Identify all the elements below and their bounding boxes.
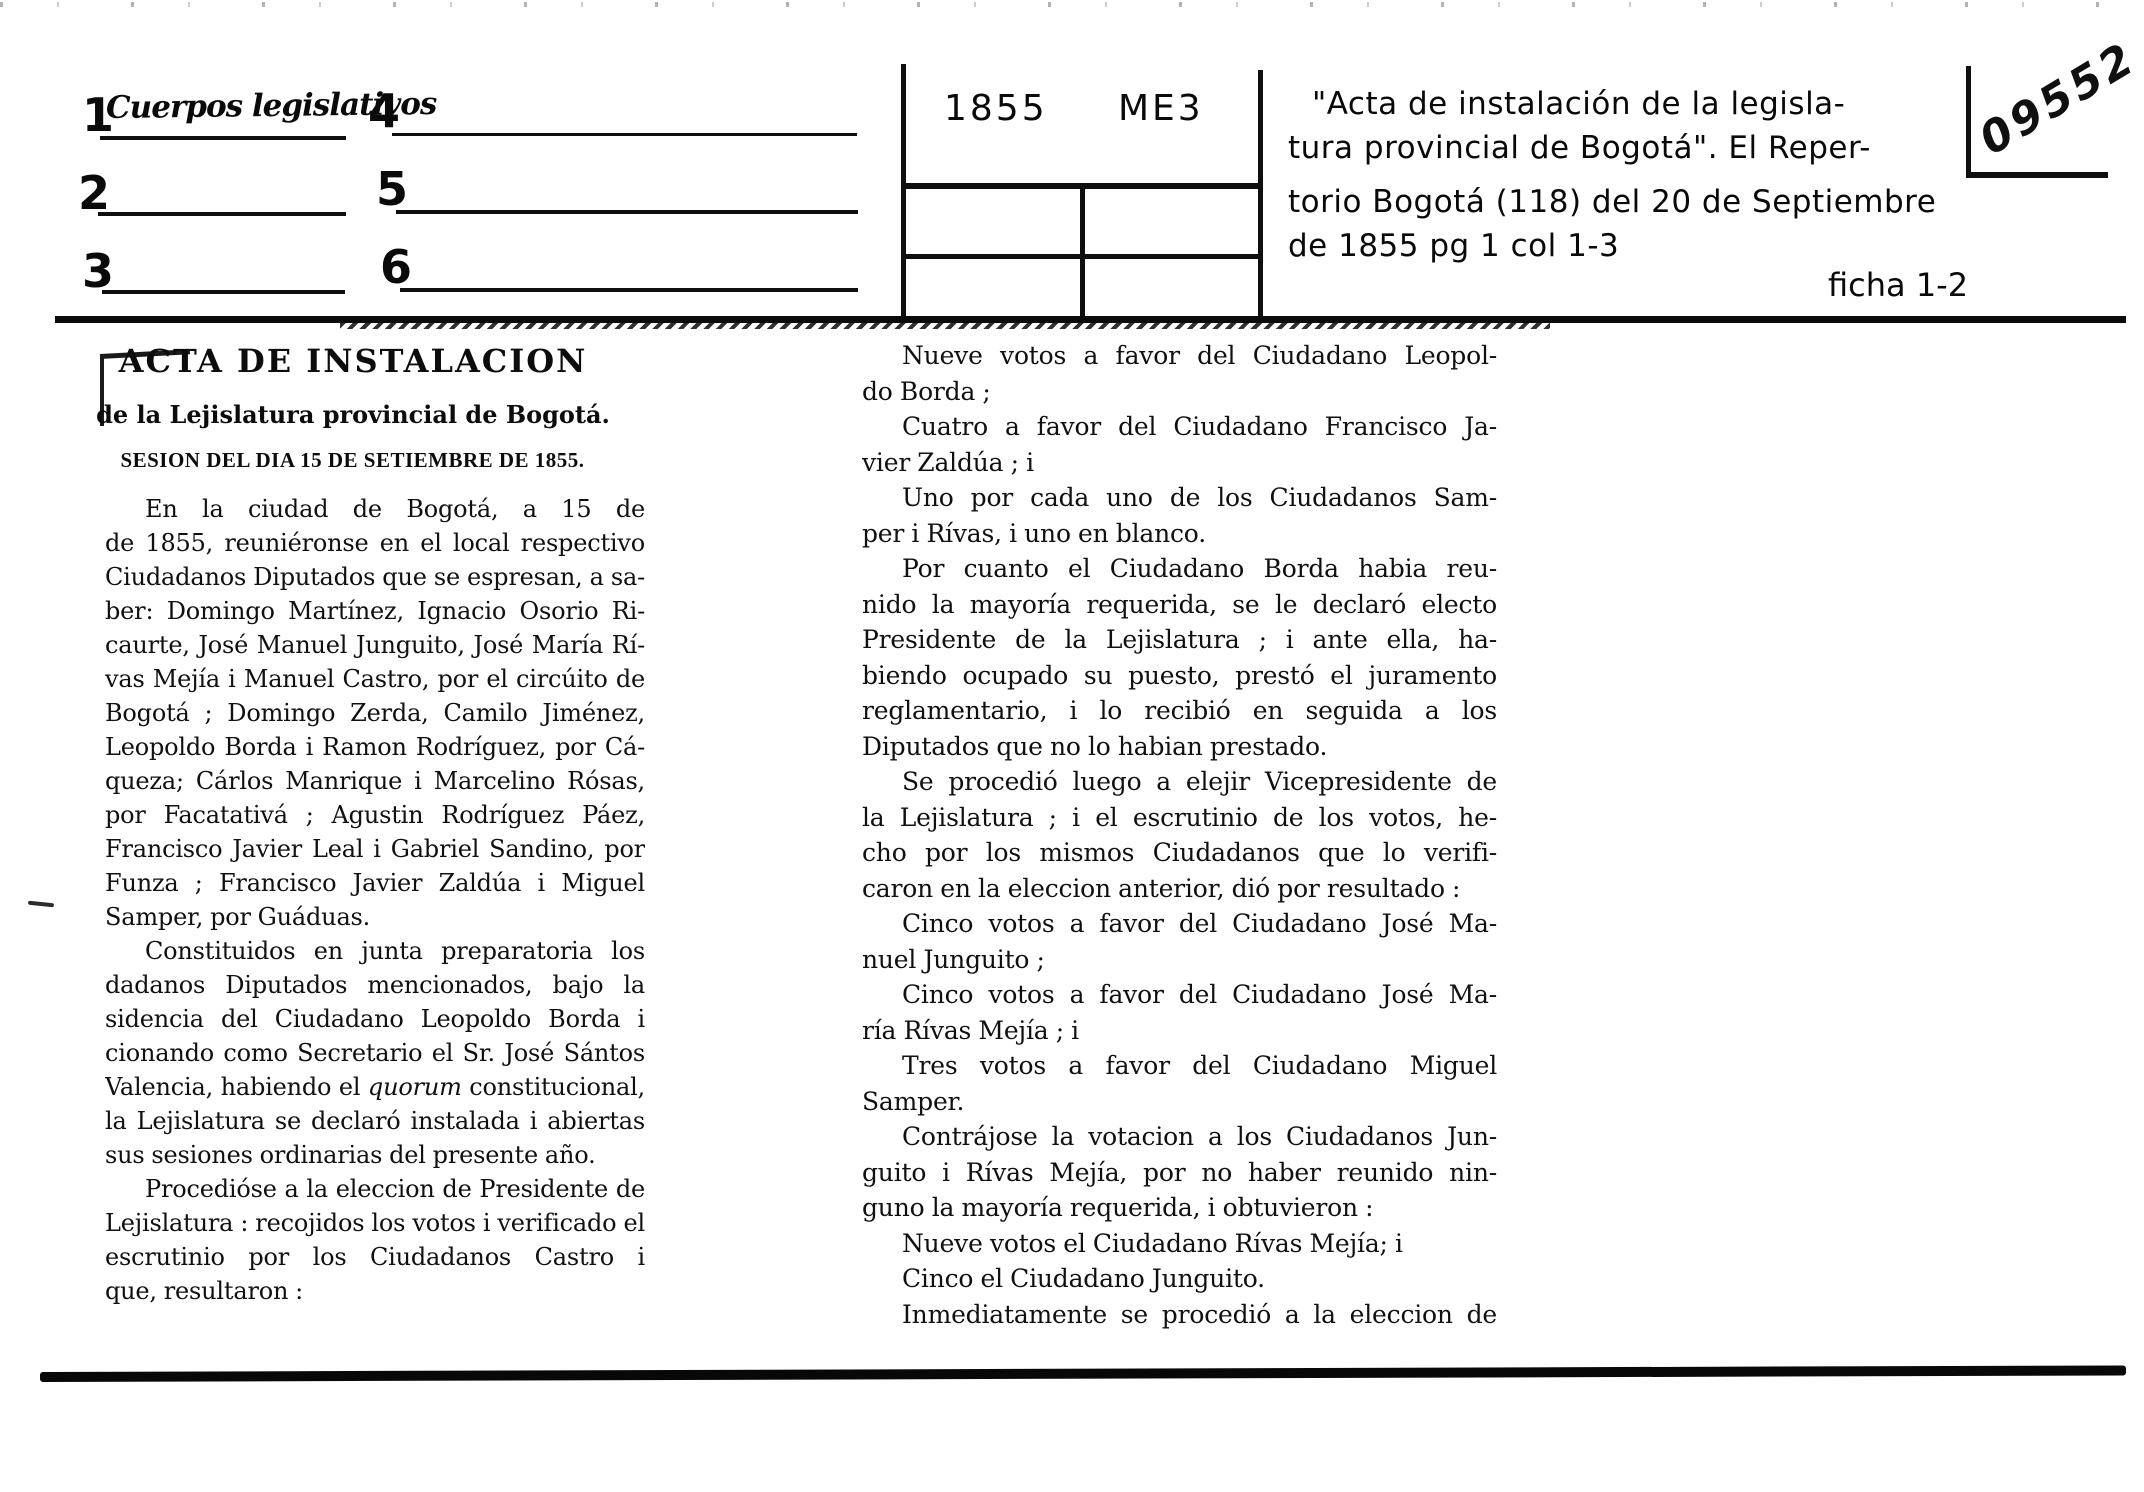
article-text-line: reglamentario, i lo recibió en seguida a…	[862, 693, 1497, 729]
article-text-line: Funza ; Francisco Javier Zaldúa i Miguel	[105, 866, 645, 900]
article-text-line: Uno por cada uno de los Ciudadanos Sam-	[862, 480, 1497, 516]
article-column-left: En la ciudad de Bogotá, a 15 de setiembr…	[105, 492, 645, 1308]
article-text-line: cho por los mismos Ciudadanos que lo ver…	[862, 835, 1497, 871]
article-text-line: vas Mejía i Manuel Castro, por el circúi…	[105, 662, 645, 696]
article-text-line: la Lejislatura se declaró instalada i ab…	[105, 1104, 645, 1138]
article-text-line: Valencia, habiendo el quorum constitucio…	[105, 1070, 645, 1104]
article-column-right: Nueve votos a favor del Ciudadano Leopol…	[862, 338, 1497, 1332]
session-heading: SESION DEL DIA 15 DE SETIEMBRE DE 1855.	[80, 448, 625, 473]
article-text-line: vier Zaldúa ; i	[862, 445, 1497, 481]
article-text-line: Contrájose la votacion a los Ciudadanos …	[862, 1119, 1497, 1155]
form-number-5: 5	[376, 162, 408, 216]
header-rule	[55, 316, 2126, 323]
article-text-line: queza; Cárlos Manrique i Marcelino Rósas…	[105, 764, 645, 798]
article-text-line: biendo ocupado su puesto, prestó el jura…	[862, 658, 1497, 694]
reference-line-1: "Acta de instalación de la legisla-	[1288, 86, 1845, 122]
article-text-line: Bogotá ; Domingo Zerda, Camilo Jiménez,	[105, 696, 645, 730]
article-text-line: la Lejislatura ; i el escrutinio de los …	[862, 800, 1497, 836]
article-text-line: Lejislatura : recojidos los votos i veri…	[105, 1206, 645, 1240]
index-code: ME3	[1118, 88, 1204, 129]
article-text-line: de 1855, reuniéronse en el local respect…	[105, 526, 645, 560]
article-text-line: Cinco el Ciudadano Junguito.	[862, 1261, 1497, 1297]
article-text-line: Nueve votos el Ciudadano Rívas Mejía; i	[862, 1226, 1497, 1262]
article-text-line: sus sesiones ordinarias del presente año…	[105, 1138, 645, 1172]
article-text-line: Samper, por Guáduas.	[105, 900, 645, 934]
article-text-line: Cinco votos a favor del Ciudadano José M…	[862, 977, 1497, 1013]
footer-rule	[40, 1365, 2126, 1382]
article-text-line: escrutinio por los Ciudadanos Castro i M…	[105, 1240, 645, 1274]
article-subtitle: de la Lejislatura provincial de Bogotá.	[88, 400, 618, 429]
article-text-line: Ciudadanos Diputados que se espresan, a …	[105, 560, 645, 594]
article-text-line: Procedióse a la eleccion de Presidente d…	[105, 1172, 645, 1206]
article-text-line: Leopoldo Borda i Ramon Rodríguez, por Cá…	[105, 730, 645, 764]
article-text-line: caurte, José Manuel Junguito, José María…	[105, 628, 645, 662]
article-text-line: cionando como Secretario el Sr. José Sán…	[105, 1036, 645, 1070]
index-box-right-border	[1258, 70, 1263, 318]
catalog-card-scan: 1 Cuerpos legislativos 4 2 5 3 6 1855 ME…	[0, 0, 2144, 1492]
index-box-divider-middle	[1080, 186, 1085, 318]
form-number-4: 4	[368, 84, 400, 138]
reference-line-2: tura provincial de Bogotá". El Reper-	[1288, 130, 1871, 166]
article-text-line: sidencia del Ciudadano Leopoldo Borda i …	[105, 1002, 645, 1036]
article-text-line: Nueve votos a favor del Ciudadano Leopol…	[862, 338, 1497, 374]
index-box-divider-bottom	[903, 254, 1259, 259]
article-text-line: do Borda ;	[862, 374, 1497, 410]
article-text-line: Se procedió luego a elejir Vicepresident…	[862, 764, 1497, 800]
scan-noise	[0, 2, 2144, 7]
catalog-number-handwritten: 09552	[1971, 33, 2144, 166]
corner-mark-horizontal	[1970, 172, 2108, 178]
article-text-line: guno la mayoría requerida, i obtuvieron …	[862, 1190, 1497, 1226]
article-text-line: caron en la eleccion anterior, dió por r…	[862, 871, 1497, 907]
stray-ink-mark	[28, 901, 54, 908]
article-text-line: per i Rívas, i uno en blanco.	[862, 516, 1497, 552]
ficha-label: ficha 1-2	[1828, 266, 1968, 304]
form-line-5	[396, 210, 858, 214]
reference-line-3: torio Bogotá (118) del 20 de Septiembre	[1288, 184, 1936, 220]
form-line-6	[400, 288, 858, 292]
article-text-line: por Facatativá ; Agustin Rodríguez Páez,	[105, 798, 645, 832]
article-text-line: dadanos Diputados mencionados, bajo la P…	[105, 968, 645, 1002]
article-text-line: Tres votos a favor del Ciudadano Miguel	[862, 1048, 1497, 1084]
article-text-line: Samper.	[862, 1084, 1497, 1120]
article-text-line: Diputados que no lo habian prestado.	[862, 729, 1497, 765]
article-text-line: nuel Junguito ;	[862, 942, 1497, 978]
form-line-4	[392, 133, 857, 136]
article-text-line: ber: Domingo Martínez, Ignacio Osorio Ri…	[105, 594, 645, 628]
reference-line-4: de 1855 pg 1 col 1-3	[1288, 228, 1619, 264]
article-text-line: guito i Rívas Mejía, por no haber reunid…	[862, 1155, 1497, 1191]
article-text-line: Constituidos en junta preparatoria los C…	[105, 934, 645, 968]
article-text-line: En la ciudad de Bogotá, a 15 de setiembr…	[105, 492, 645, 526]
article-text-line: Cinco votos a favor del Ciudadano José M…	[862, 906, 1497, 942]
article-text-line: ría Rívas Mejía ; i	[862, 1013, 1497, 1049]
form-line-3	[102, 290, 345, 294]
article-text-line: nido la mayoría requerida, se le declaró…	[862, 587, 1497, 623]
article-title: ACTA DE INSTALACION	[88, 342, 618, 380]
index-year: 1855	[944, 88, 1048, 129]
article-text-line: Inmediatamente se procedió a la eleccion…	[862, 1297, 1497, 1333]
form-number-6: 6	[380, 240, 412, 294]
index-box-left-border	[901, 64, 906, 318]
article-text-line: Presidente de la Lejislatura ; i ante el…	[862, 622, 1497, 658]
form-line-1	[100, 136, 346, 140]
article-text-line: que, resultaron :	[105, 1274, 645, 1308]
article-text-line: Francisco Javier Leal i Gabriel Sandino,…	[105, 832, 645, 866]
form-line-2	[98, 212, 346, 216]
article-text-line: Cuatro a favor del Ciudadano Francisco J…	[862, 409, 1497, 445]
header-rule-wavy-edge	[340, 323, 1550, 329]
article-text-line: Por cuanto el Ciudadano Borda habia reu-	[862, 551, 1497, 587]
